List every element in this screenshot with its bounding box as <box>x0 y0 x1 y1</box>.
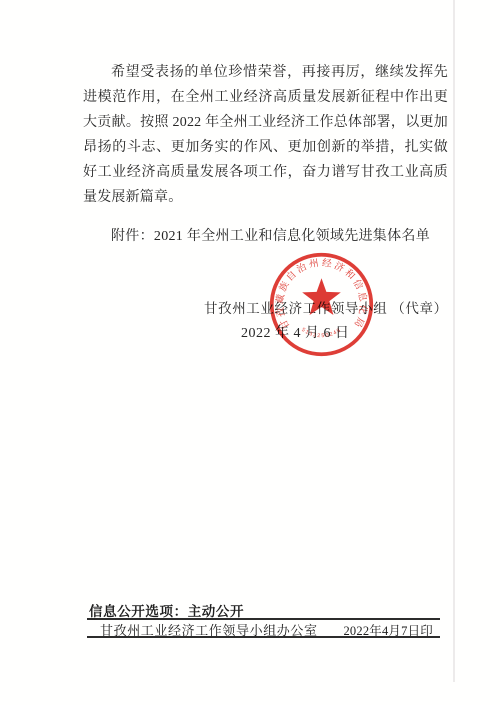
disclosure-option-label: 信息公开选项：主动公开 <box>89 600 244 620</box>
attachment-line: 附件：2021 年全州工业和信息化领域先进集体名单 <box>83 228 448 246</box>
body-paragraph: 希望受表扬的单位珍惜荣誉，再接再厉，继续发挥先进模范作用，在全州工业经济高质量发… <box>83 60 448 211</box>
official-red-seal: 甘孜藏族自治州经济和信息化局 5132250248 <box>268 251 375 358</box>
svg-text:5132250248: 5132250248 <box>300 327 343 339</box>
footer-divider-bottom <box>87 636 440 638</box>
seal-star-icon <box>302 278 341 315</box>
document-page: 希望受表扬的单位珍惜荣誉，再接再厉，继续发挥先进模范作用，在全州工业经济高质量发… <box>0 0 500 705</box>
seal-code-number: 5132250248 <box>300 327 343 339</box>
scan-artifact-line <box>453 0 455 682</box>
